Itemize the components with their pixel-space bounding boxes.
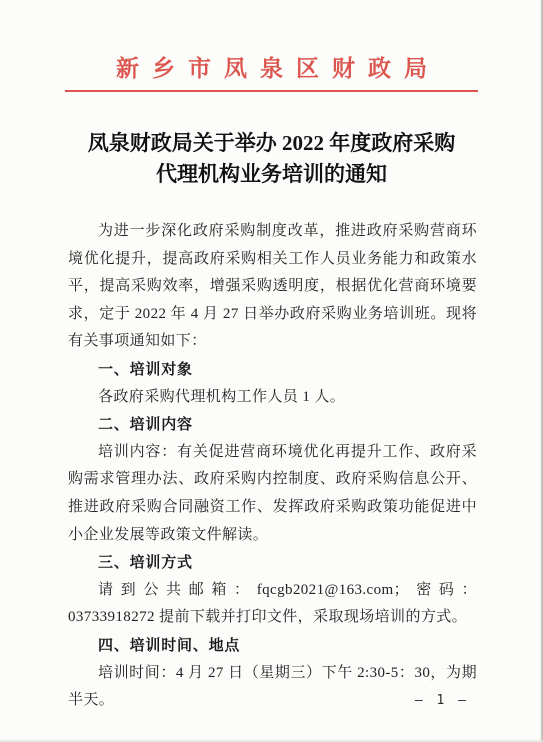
document-page: 新乡市凤泉区财政局 凤泉财政局关于举办 2022 年度政府采购 代理机构业务培训… — [0, 0, 543, 742]
document-title: 凤泉财政局关于举办 2022 年度政府采购 代理机构业务培训的通知 — [0, 128, 543, 190]
section-3-body: 请到公共邮箱：fqcgb2021@163.com；密码：03733918272 … — [68, 577, 477, 632]
document-body: 为进一步深化政府采购制度改革，推进政府采购营商环境优化提升，提高政府采购相关工作… — [68, 218, 477, 715]
section-2-body: 培训内容：有关促进营商环境优化再提升工作、政府采购需求管理办法、政府采购内控制度… — [68, 439, 477, 549]
section-2-heading: 二、培训内容 — [68, 411, 477, 439]
document-title-line2: 代理机构业务培训的通知 — [0, 159, 543, 190]
intro-paragraph: 为进一步深化政府采购制度改革，推进政府采购营商环境优化提升，提高政府采购相关工作… — [68, 218, 477, 356]
page-number: — 1 — — [415, 693, 469, 708]
section-1-heading: 一、培训对象 — [68, 356, 477, 384]
document-title-line1: 凤泉财政局关于举办 2022 年度政府采购 — [0, 128, 543, 159]
letterhead-divider — [65, 90, 478, 92]
section-1-body: 各政府采购代理机构工作人员 1 人。 — [68, 384, 477, 412]
letterhead-org-name: 新乡市凤泉区财政局 — [0, 50, 543, 83]
section-4-heading: 四、培训时间、地点 — [68, 632, 477, 660]
section-3-heading: 三、培训方式 — [68, 549, 477, 577]
